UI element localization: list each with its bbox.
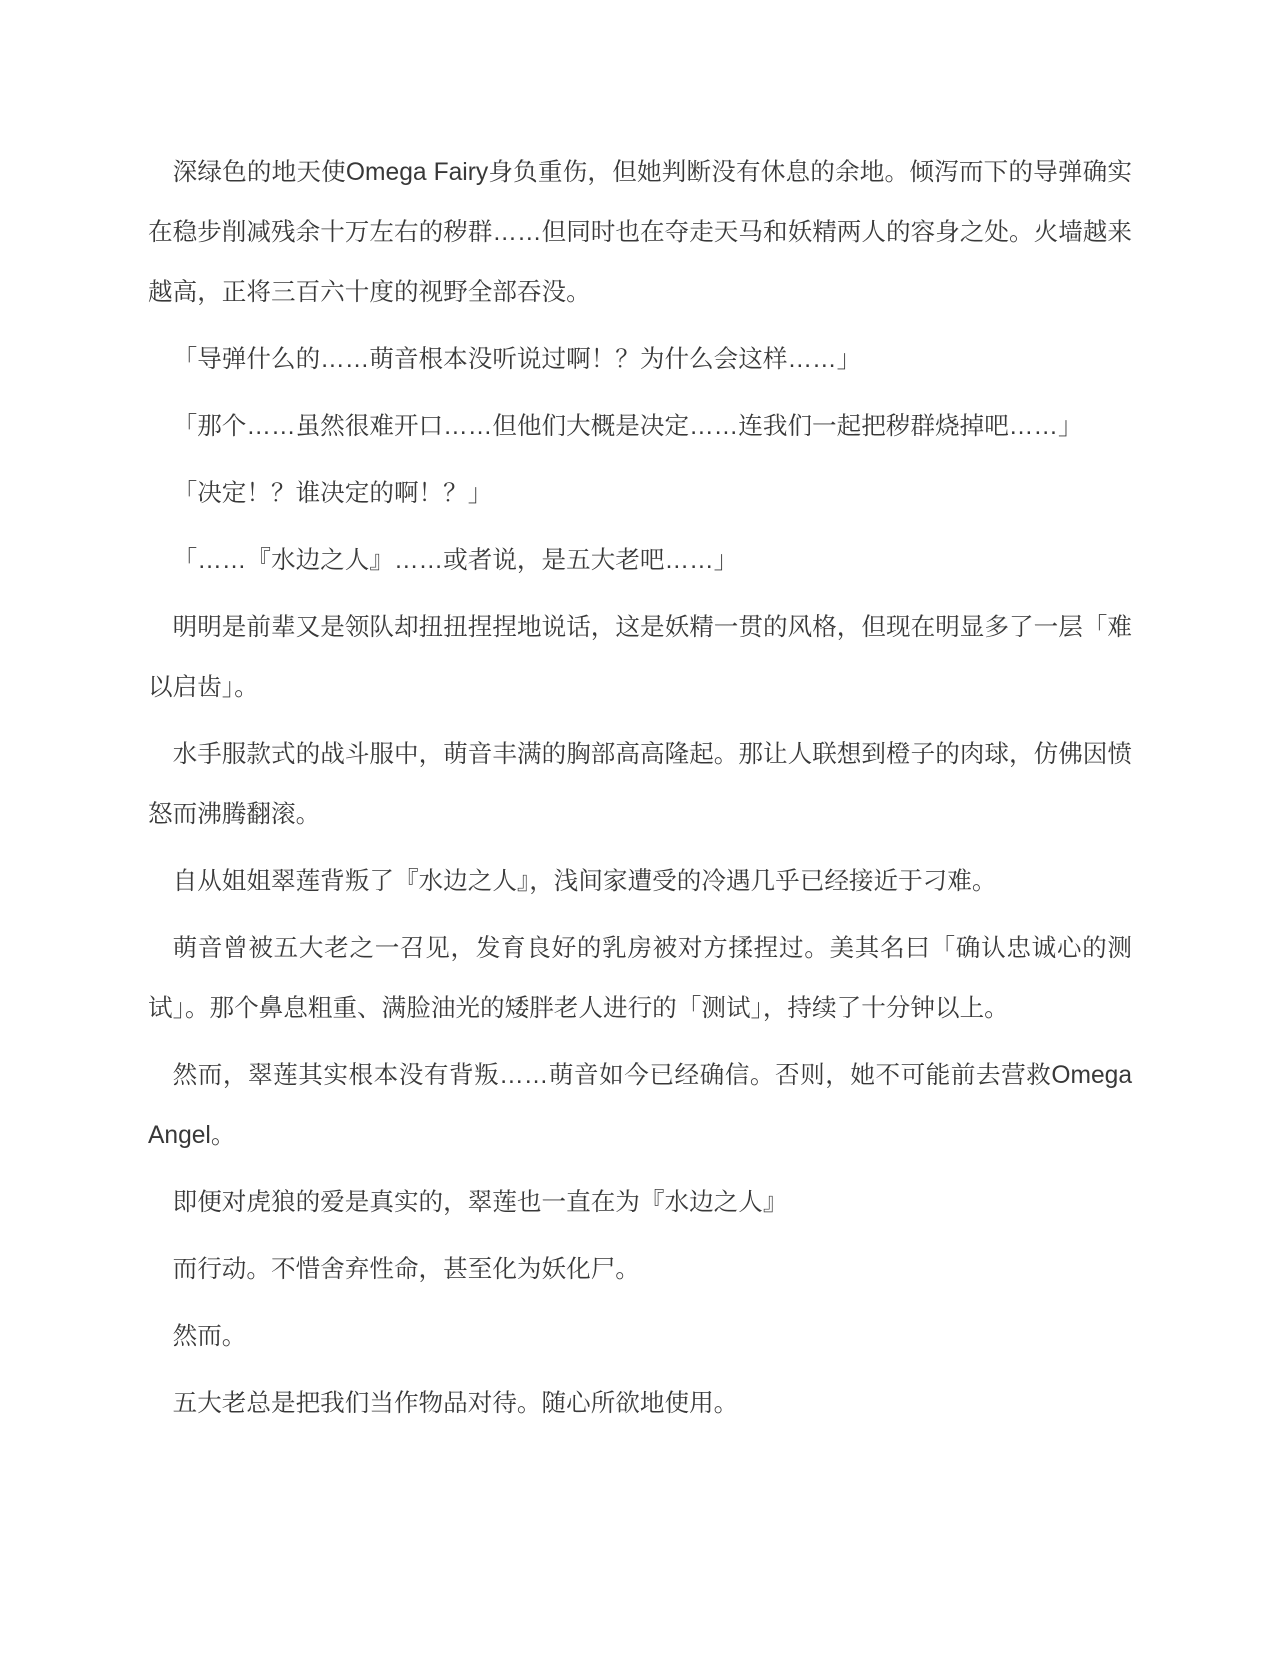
- paragraph: 明明是前辈又是领队却扭扭捏捏地说话，这是妖精一贯的风格，但现在明显多了一层「难以…: [148, 598, 1132, 718]
- paragraph: 然而。: [148, 1307, 1132, 1367]
- paragraph: 「……『水边之人』……或者说，是五大老吧……」: [148, 531, 1132, 591]
- paragraph: 萌音曾被五大老之一召见，发育良好的乳房被对方揉捏过。美其名曰「确认忠诚心的测试」…: [148, 919, 1132, 1039]
- paragraph: 即便对虎狼的爱是真实的，翠莲也一直在为『水边之人』: [148, 1173, 1132, 1233]
- paragraph: 「那个……虽然很难开口……但他们大概是决定……连我们一起把秽群烧掉吧……」: [148, 397, 1132, 457]
- paragraph: 自从姐姐翠莲背叛了『水边之人』，浅间家遭受的冷遇几乎已经接近于刁难。: [148, 852, 1132, 912]
- paragraph: 「决定！？谁决定的啊！？」: [148, 464, 1132, 524]
- paragraph: 然而，翠莲其实根本没有背叛……萌音如今已经确信。否则，她不可能前去营救Omega…: [148, 1046, 1132, 1166]
- paragraph: 「导弹什么的……萌音根本没听说过啊！？为什么会这样……」: [148, 330, 1132, 390]
- paragraph: 而行动。不惜舍弃性命，甚至化为妖化尸。: [148, 1240, 1132, 1300]
- paragraph: 深绿色的地天使Omega Fairy身负重伤，但她判断没有休息的余地。倾泻而下的…: [148, 143, 1132, 323]
- text-body: 深绿色的地天使Omega Fairy身负重伤，但她判断没有休息的余地。倾泻而下的…: [148, 143, 1132, 1434]
- document-page: 深绿色的地天使Omega Fairy身负重伤，但她判断没有休息的余地。倾泻而下的…: [0, 0, 1280, 1656]
- paragraph: 五大老总是把我们当作物品对待。随心所欲地使用。: [148, 1374, 1132, 1434]
- paragraph: 水手服款式的战斗服中，萌音丰满的胸部高高隆起。那让人联想到橙子的肉球，仿佛因愤怒…: [148, 725, 1132, 845]
